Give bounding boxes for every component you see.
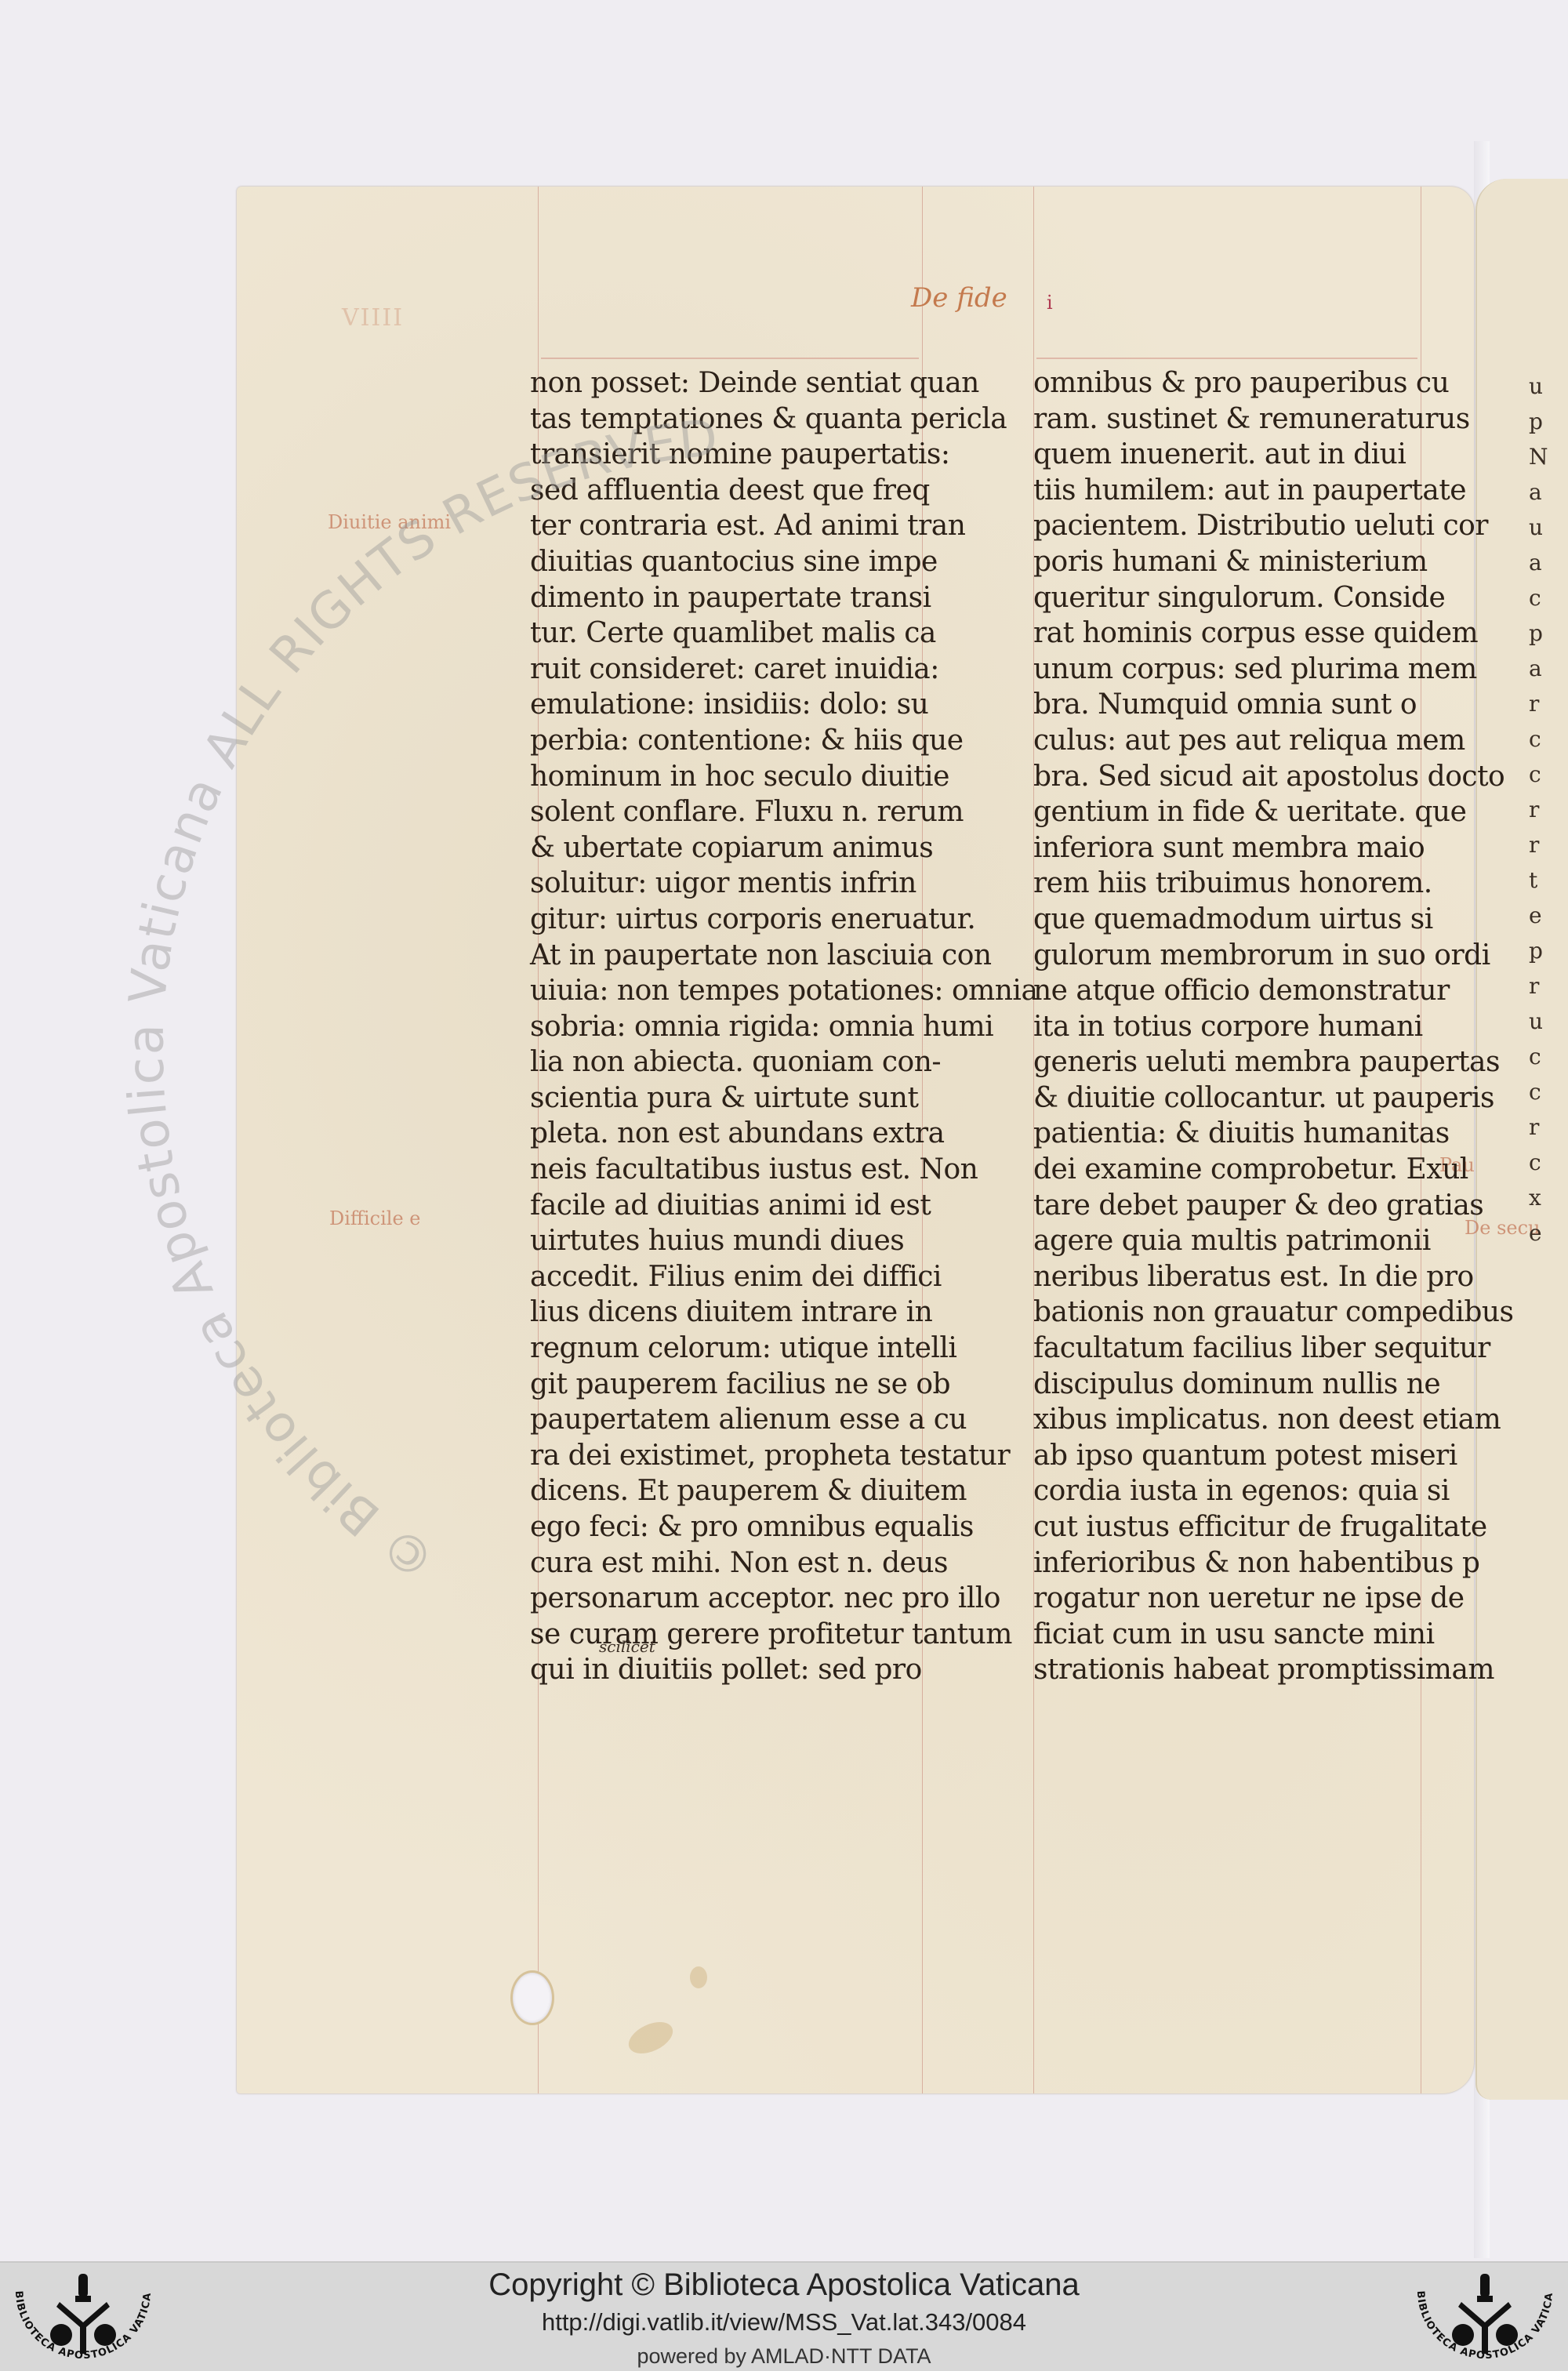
text-line: sobria: omnia rigida: omnia humi <box>530 1009 1037 1045</box>
text-line: cordia iusta in egenos: quia si <box>1033 1473 1514 1509</box>
parchment-hole <box>513 1973 552 2023</box>
text-line: At in paupertate non lasciuia con <box>530 938 1037 974</box>
text-line: gulorum membrorum in suo ordi <box>1033 938 1514 974</box>
text-line: regnum celorum: utique intelli <box>530 1331 1037 1367</box>
text-line: hominum in hoc seculo diuitie <box>530 759 1037 795</box>
text-line: lius dicens diuitem intrare in <box>530 1294 1037 1331</box>
text-column-left: non posset: Deinde sentiat quantas tempt… <box>530 365 1037 1688</box>
edge-letter: a <box>1529 651 1568 686</box>
ruling-line <box>1036 358 1417 359</box>
text-line: ab ipso quantum potest miseri <box>1033 1438 1514 1474</box>
text-line: ego feci: & pro omnibus equalis <box>530 1509 1037 1545</box>
quire-mark: VIIII <box>342 304 404 332</box>
text-line: rogatur non ueretur ne ipse de <box>1033 1581 1514 1617</box>
edge-letter: a <box>1529 474 1568 510</box>
text-line: tur. Certe quamlibet malis ca <box>530 615 1037 652</box>
text-line: solent conflare. Fluxu n. rerum <box>530 794 1037 830</box>
text-line: xibus implicatus. non deest etiam <box>1033 1402 1514 1438</box>
edge-letter: e <box>1529 898 1568 933</box>
text-line: sed affluentia deest que freq <box>530 473 1037 509</box>
text-line: git pauperem facilius ne se ob <box>530 1367 1037 1403</box>
text-line: poris humani & ministerium <box>1033 544 1514 580</box>
edge-letter: r <box>1529 968 1568 1004</box>
text-line: facultatum facilius liber sequitur <box>1033 1331 1514 1367</box>
text-line: emulatione: insidiis: dolo: su <box>530 687 1037 723</box>
text-line: pleta. non est abundans extra <box>530 1116 1037 1152</box>
text-line: strationis habeat promptissimam <box>1033 1652 1514 1688</box>
text-line: ne atque officio demonstratur <box>1033 973 1514 1009</box>
text-line: transierit nomine paupertatis: <box>530 437 1037 473</box>
copyright-text: Copyright © Biblioteca Apostolica Vatica… <box>0 2268 1568 2303</box>
text-line: unum corpus: sed plurima mem <box>1033 652 1514 688</box>
edge-letter: c <box>1529 1145 1568 1180</box>
text-line: pacientem. Distributio ueluti cor <box>1033 508 1514 544</box>
edge-letter: t <box>1529 862 1568 898</box>
text-line: facile ad diuitias animi id est <box>530 1188 1037 1224</box>
text-line: accedit. Filius enim dei diffici <box>530 1259 1037 1295</box>
text-line: dicens. Et pauperem & diuitem <box>530 1473 1037 1509</box>
text-line: queritur singulorum. Conside <box>1033 580 1514 616</box>
text-column-right: omnibus & pro pauperibus curam. sustinet… <box>1033 365 1514 1688</box>
text-line: que quemadmodum uirtus si <box>1033 902 1514 938</box>
text-line: neis facultatibus iustus est. Non <box>530 1152 1037 1188</box>
text-line: gitur: uirtus corporis eneruatur. <box>530 902 1037 938</box>
text-line: tare debet pauper & deo gratias <box>1033 1188 1514 1224</box>
text-line: ra dei existimet, propheta testatur <box>530 1438 1037 1474</box>
edge-letter: p <box>1529 933 1568 968</box>
text-line: perbia: contentione: & hiis que <box>530 723 1037 759</box>
edge-letter: u <box>1529 510 1568 545</box>
text-line: bationis non grauatur compedibus <box>1033 1294 1514 1331</box>
edge-letter: a <box>1529 545 1568 580</box>
copyright-footer: BIBLIOTECA APOSTOLICA VATICANA Copyright… <box>0 2261 1568 2371</box>
text-line: non posset: Deinde sentiat quan <box>530 365 1037 401</box>
text-line: ruit consideret: caret inuidia: <box>530 652 1037 688</box>
text-line: uiuia: non tempes potationes: omnia <box>530 973 1037 1009</box>
edge-letter: c <box>1529 1039 1568 1074</box>
parchment-stain <box>690 1966 707 1988</box>
edge-letter: c <box>1529 580 1568 615</box>
text-line: gentium in fide & ueritate. que <box>1033 794 1514 830</box>
image-viewer: VIIII De fide i Diuitie animi Difficile … <box>0 0 1568 2261</box>
ruling-line <box>541 358 919 359</box>
text-line: tiis humilem: aut in paupertate <box>1033 473 1514 509</box>
folio-mark: i <box>1047 292 1053 314</box>
edge-letter: r <box>1529 827 1568 862</box>
text-line: dei examine comprobetur. Exul <box>1033 1152 1514 1188</box>
interlinear-gloss: scilicet <box>599 1637 655 1656</box>
edge-letter: x <box>1529 1180 1568 1215</box>
text-line: ram. sustinet & remuneraturus <box>1033 401 1514 438</box>
text-line: soluitur: uigor mentis infrin <box>530 866 1037 902</box>
text-line: paupertatem alienum esse a cu <box>530 1402 1037 1438</box>
running-head: De fide <box>911 282 1007 314</box>
text-line: ita in totius corpore humani <box>1033 1009 1514 1045</box>
text-line: & ubertate copiarum animus <box>530 830 1037 866</box>
edge-letter: N <box>1529 439 1568 474</box>
text-line: & diuitie collocantur. ut pauperis <box>1033 1080 1514 1117</box>
text-line: culus: aut pes aut reliqua mem <box>1033 723 1514 759</box>
powered-by-text: powered by AMLAD·NTT DATA <box>0 2344 1568 2369</box>
text-line: bra. Numquid omnia sunt o <box>1033 687 1514 723</box>
text-line: inferioribus & non habentibus p <box>1033 1545 1514 1581</box>
text-line: rem hiis tribuimus honorem. <box>1033 866 1514 902</box>
marginal-note: Diuitie animi <box>328 511 451 533</box>
text-line: dimento in paupertate transi <box>530 580 1037 616</box>
text-line: tas temptationes & quanta pericla <box>530 401 1037 438</box>
text-line: ter contraria est. Ad animi tran <box>530 508 1037 544</box>
vatican-library-logo-icon: BIBLIOTECA APOSTOLICA VATICANA <box>1406 2268 1563 2371</box>
text-line: scientia pura & uirtute sunt <box>530 1080 1037 1117</box>
text-line: rat hominis corpus esse quidem <box>1033 615 1514 652</box>
text-line: ficiat cum in usu sancte mini <box>1033 1617 1514 1653</box>
edge-letter: p <box>1529 404 1568 439</box>
text-line: diuitias quantocius sine impe <box>530 544 1037 580</box>
edge-letter: r <box>1529 686 1568 721</box>
edge-letter: c <box>1529 757 1568 792</box>
next-folio-text-strip: upNauacparccrrtepruccrcxe <box>1529 369 1568 1560</box>
edge-letter: r <box>1529 1109 1568 1145</box>
marginal-note: Difficile e <box>329 1207 420 1229</box>
edge-letter: p <box>1529 615 1568 651</box>
manuscript-url[interactable]: http://digi.vatlib.it/view/MSS_Vat.lat.3… <box>0 2308 1568 2337</box>
text-line: quem inuenerit. aut in diui <box>1033 437 1514 473</box>
text-line: agere quia multis patrimonii <box>1033 1223 1514 1259</box>
text-line: patientia: & diuitis humanitas <box>1033 1116 1514 1152</box>
edge-letter: e <box>1529 1215 1568 1251</box>
text-line: lia non abiecta. quoniam con- <box>530 1044 1037 1080</box>
text-line: bra. Sed sicud ait apostolus docto <box>1033 759 1514 795</box>
edge-letter: u <box>1529 1004 1568 1039</box>
edge-letter: r <box>1529 792 1568 827</box>
text-line: generis ueluti membra paupertas <box>1033 1044 1514 1080</box>
edge-letter: c <box>1529 721 1568 757</box>
text-line: discipulus dominum nullis ne <box>1033 1367 1514 1403</box>
text-line: cut iustus efficitur de frugalitate <box>1033 1509 1514 1545</box>
text-line: personarum acceptor. nec pro illo <box>530 1581 1037 1617</box>
text-line: uirtutes huius mundi diues <box>530 1223 1037 1259</box>
text-line: cura est mihi. Non est n. deus <box>530 1545 1037 1581</box>
text-line: inferiora sunt membra maio <box>1033 830 1514 866</box>
edge-letter: c <box>1529 1074 1568 1109</box>
text-line: qui in diuitiis pollet: sed pro <box>530 1652 1037 1688</box>
text-line: neribus liberatus est. In die pro <box>1033 1259 1514 1295</box>
text-line: omnibus & pro pauperibus cu <box>1033 365 1514 401</box>
edge-letter: u <box>1529 369 1568 404</box>
